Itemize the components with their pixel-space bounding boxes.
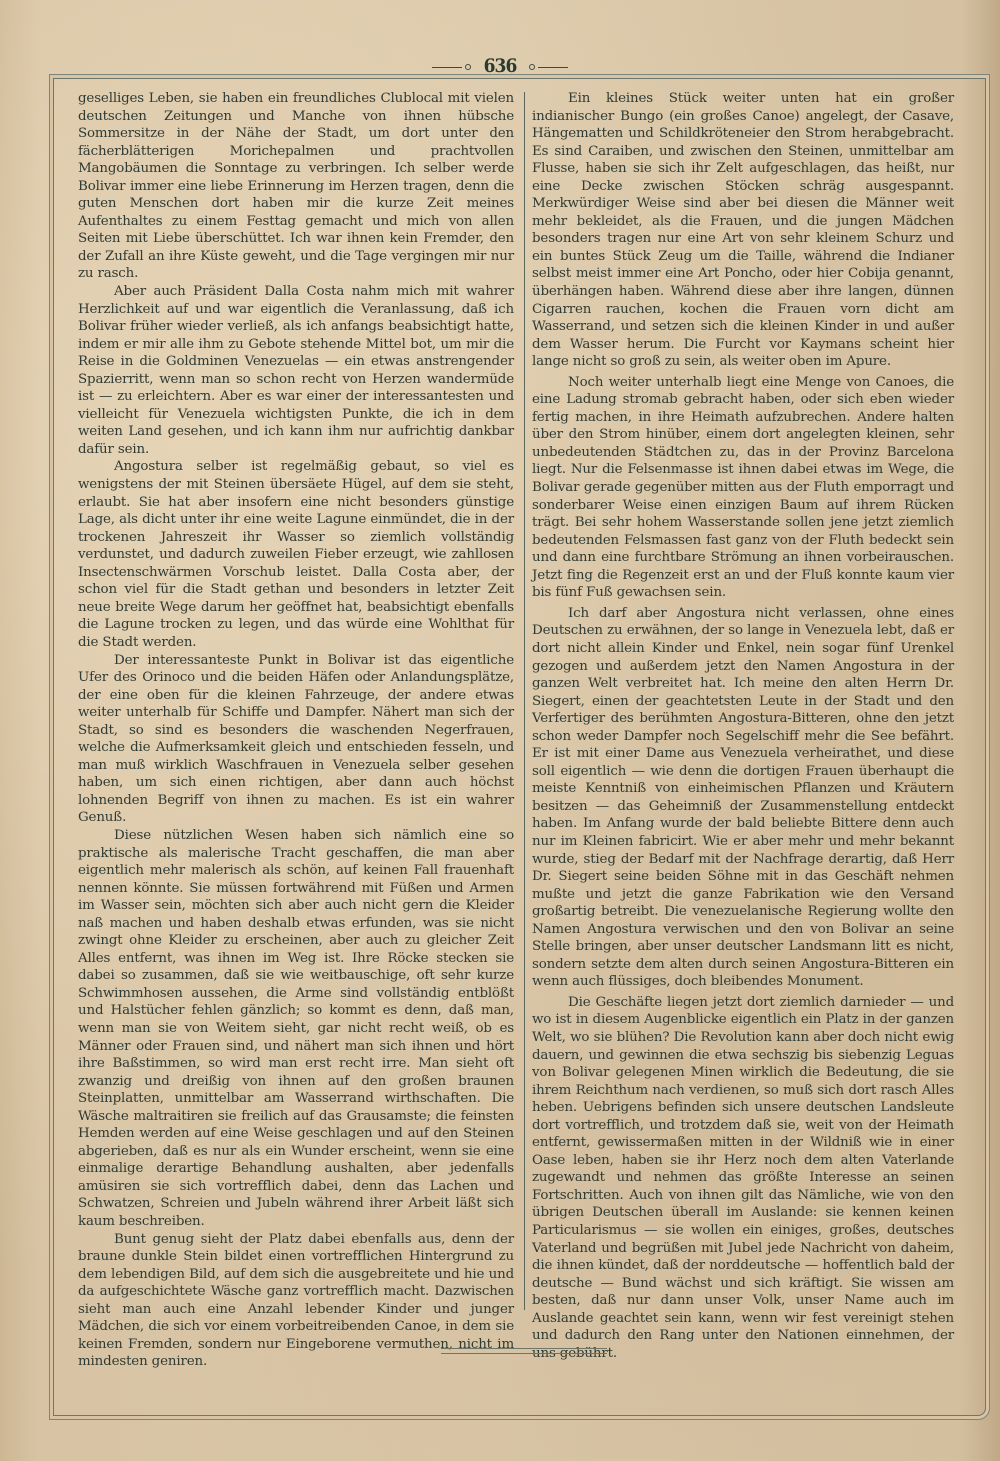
paragraph: Noch weiter unterhalb liegt eine Menge v… [532, 374, 954, 602]
header-rule-right [538, 67, 568, 68]
header-rule-left [432, 67, 462, 68]
paragraph: Der interessanteste Punkt in Bolivar ist… [78, 652, 514, 827]
page-number: 636 [484, 55, 517, 77]
paragraph: Diese nützlichen Wesen haben sich nämlic… [78, 827, 514, 1231]
right-column: Ein kleines Stück weiter unten hat ein g… [532, 90, 954, 1362]
paragraph: Aber auch Präsident Dalla Costa nahm mic… [78, 283, 514, 458]
left-column: geselliges Leben, sie haben ein freundli… [78, 90, 514, 1371]
header-ring-left-icon [465, 64, 471, 70]
column-divider [524, 92, 525, 1310]
paragraph: geselliges Leben, sie haben ein freundli… [78, 90, 514, 283]
paragraph: Die Geschäfte liegen jetzt dort ziemlich… [532, 994, 954, 1362]
paragraph: Angostura selber ist regelmäßig gebaut, … [78, 458, 514, 651]
paragraph: Ich darf aber Angostura nicht verlassen,… [532, 605, 954, 991]
end-ornament-rule [441, 1348, 607, 1354]
paragraph: Ein kleines Stück weiter unten hat ein g… [532, 90, 954, 371]
page-header: 636 [0, 55, 1000, 77]
header-ring-right-icon [529, 64, 535, 70]
